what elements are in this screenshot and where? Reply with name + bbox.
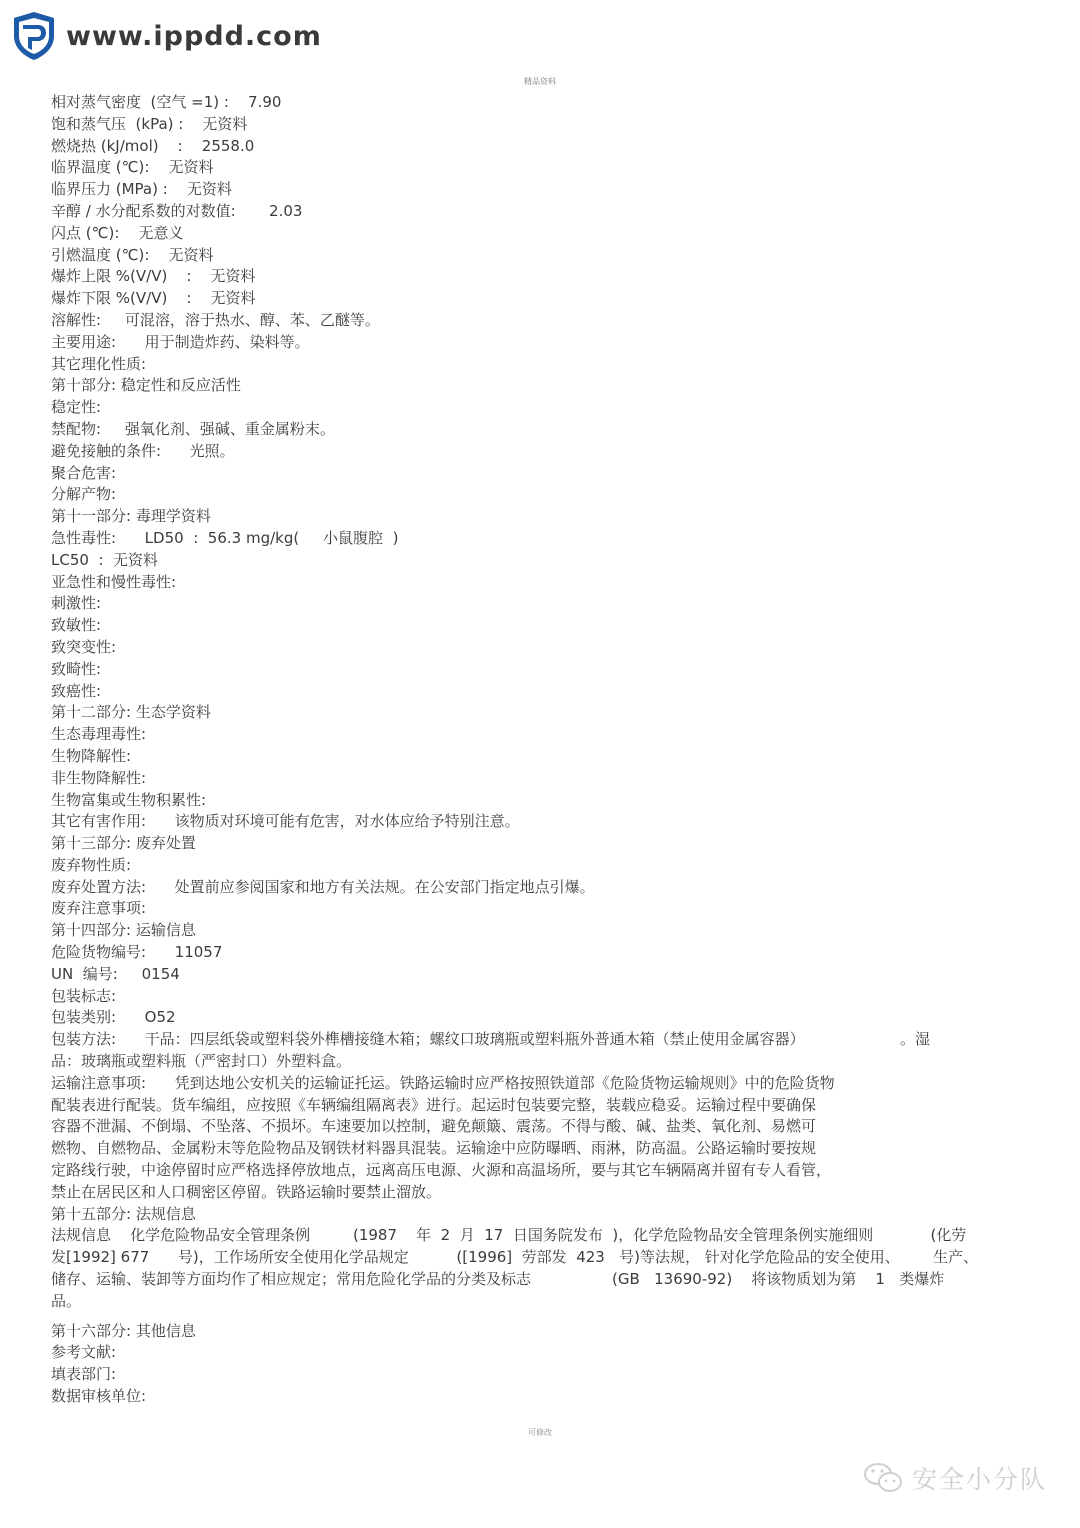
property-label: 稳定性: <box>51 398 101 416</box>
spacer <box>51 1313 1041 1321</box>
property-value: 无资料 <box>211 289 256 307</box>
property-label: 第十三部分: <box>51 834 136 852</box>
property-label: 致敏性: <box>51 616 101 634</box>
property-value: 无意义 <box>138 224 183 242</box>
property-label: 溶解性: <box>51 311 125 329</box>
property-label: 相对蒸气密度 (空气 =1) : <box>51 93 248 111</box>
other-info-references: 参考文献: <box>51 1342 1041 1364</box>
page-header-label: 精品资料 <box>0 76 1080 87</box>
property-line: 引燃温度 (℃): 无资料 <box>51 245 1041 267</box>
property-line: 相对蒸气密度 (空气 =1) : 7.90 <box>51 92 1041 114</box>
property-label: 第十部分: <box>51 376 121 394</box>
property-label: 包装标志: <box>51 987 116 1005</box>
property-line: 溶解性: 可混溶，溶于热水、醇、苯、乙醚等。 <box>51 310 1041 332</box>
property-value: 可混溶，溶于热水、醇、苯、乙醚等。 <box>125 311 380 329</box>
property-value: 无资料 <box>187 180 232 198</box>
property-line: 临界压力 (MPa) : 无资料 <box>51 179 1041 201</box>
property-label: 第十四部分: <box>51 921 136 939</box>
shield-p-logo-icon <box>10 10 58 62</box>
property-label: 致癌性: <box>51 682 101 700</box>
packaging-method-line-2: 品：玻璃瓶或塑料瓶（严密封口）外塑料盒。 <box>51 1051 1041 1073</box>
property-label: 临界温度 (℃): <box>51 158 168 176</box>
property-label: 燃烧热 (kJ/mol) : <box>51 137 202 155</box>
property-line: 聚合危害: <box>51 463 1041 485</box>
property-lines: 相对蒸气密度 (空气 =1) : 7.90饱和蒸气压 (kPa) : 无资料燃烧… <box>51 92 1041 1029</box>
property-label: 生物降解性: <box>51 747 131 765</box>
property-label: LC50 : <box>51 551 113 569</box>
property-label: 第十一部分: <box>51 507 136 525</box>
property-label: 聚合危害: <box>51 464 116 482</box>
property-value: 0154 <box>142 965 180 983</box>
property-label: 非生物降解性: <box>51 769 146 787</box>
watermark-text: 安全小分队 <box>912 1460 1047 1496</box>
property-label: 急性毒性: <box>51 529 145 547</box>
property-line: 稳定性: <box>51 397 1041 419</box>
property-label: 亚急性和慢性毒性: <box>51 573 176 591</box>
property-line: 临界温度 (℃): 无资料 <box>51 157 1041 179</box>
property-label: 第十二部分: <box>51 703 136 721</box>
property-value: 光照。 <box>190 442 235 460</box>
other-info-reviewer: 数据审核单位: <box>51 1386 1041 1408</box>
property-value: 该物质对环境可能有危害，对水体应给予特别注意。 <box>175 812 520 830</box>
property-line: 第十部分: 稳定性和反应活性 <box>51 375 1041 397</box>
property-value: 处置前应参阅国家和地方有关法规。在公安部门指定地点引爆。 <box>175 878 595 896</box>
property-label: 闪点 (℃): <box>51 224 138 242</box>
property-label: 爆炸上限 %(V/V) : <box>51 267 211 285</box>
site-logo[interactable]: www.ippdd.com <box>10 10 322 62</box>
property-label: 致突变性: <box>51 638 116 656</box>
property-value: 11057 <box>175 943 223 961</box>
wechat-watermark: 安全小分队 <box>862 1460 1047 1496</box>
property-label: 辛醇 / 水分配系数的对数值: <box>51 202 269 220</box>
property-line: UN 编号: 0154 <box>51 964 1041 986</box>
property-line: 闪点 (℃): 无意义 <box>51 223 1041 245</box>
property-line: 第十三部分: 废弃处置 <box>51 833 1041 855</box>
property-label: 废弃物性质: <box>51 856 131 874</box>
property-value: 7.90 <box>248 93 281 111</box>
regulations-line: 储存、运输、装卸等方面均作了相应规定；常用危险化学品的分类及标志 (GB 136… <box>51 1269 1041 1291</box>
property-label: 引燃温度 (℃): <box>51 246 168 264</box>
property-value: 无资料 <box>211 267 256 285</box>
property-label: 禁配物: <box>51 420 125 438</box>
property-line: LC50 : 无资料 <box>51 550 1041 572</box>
property-value: 毒理学资料 <box>136 507 211 525</box>
property-line: 生态毒理毒性: <box>51 724 1041 746</box>
property-label: 废弃处置方法: <box>51 878 175 896</box>
transport-notes-line: 配装表进行配装。货车编组，应按照《车辆编组隔离表》进行。起运时包装要完整，装载应… <box>51 1095 1041 1117</box>
property-line: 非生物降解性: <box>51 768 1041 790</box>
transport-notes-line: 禁止在居民区和人口稠密区停留。铁路运输时要禁止溜放。 <box>51 1182 1041 1204</box>
section-16-title: 第十六部分: 其他信息 <box>51 1321 1041 1343</box>
property-label: 其它有害作用: <box>51 812 175 830</box>
section-15-title: 第十五部分: 法规信息 <box>51 1204 1041 1226</box>
property-line: 致敏性: <box>51 615 1041 637</box>
property-value: 无资料 <box>113 551 158 569</box>
property-line: 刺激性: <box>51 593 1041 615</box>
transport-notes-label: 运输注意事项: <box>51 1074 175 1092</box>
property-value: 废弃处置 <box>136 834 196 852</box>
wechat-icon <box>862 1460 906 1496</box>
property-line: 生物富集或生物积累性: <box>51 790 1041 812</box>
property-value: LD50 : 56.3 mg/kg( 小鼠腹腔 ) <box>145 529 399 547</box>
property-value: 运输信息 <box>136 921 196 939</box>
property-line: 包装标志: <box>51 986 1041 1008</box>
property-label: 避免接触的条件: <box>51 442 190 460</box>
property-line: 废弃注意事项: <box>51 898 1041 920</box>
property-line: 亚急性和慢性毒性: <box>51 572 1041 594</box>
property-line: 第十一部分: 毒理学资料 <box>51 506 1041 528</box>
property-line: 饱和蒸气压 (kPa) : 无资料 <box>51 114 1041 136</box>
site-logo-text: www.ippdd.com <box>66 21 322 52</box>
property-label: 包装类别: <box>51 1008 145 1026</box>
property-label: 其它理化性质: <box>51 355 146 373</box>
packaging-method-line-1: 包装方法: 干品：四层纸袋或塑料袋外榫槽接缝木箱；螺纹口玻璃瓶或塑料瓶外普通木箱… <box>51 1029 1041 1051</box>
property-line: 辛醇 / 水分配系数的对数值: 2.03 <box>51 201 1041 223</box>
regulations-line: 品。 <box>51 1291 1041 1313</box>
property-value: 无资料 <box>202 115 247 133</box>
property-line: 包装类别: O52 <box>51 1007 1041 1029</box>
property-line: 禁配物: 强氧化剂、强碱、重金属粉末。 <box>51 419 1041 441</box>
property-value: 稳定性和反应活性 <box>121 376 241 394</box>
property-label: 生态毒理毒性: <box>51 725 146 743</box>
packaging-method-label: 包装方法: <box>51 1030 145 1048</box>
regulations-line: 法规信息 化学危险物品安全管理条例 (1987 年 2 月 17 日国务院发布 … <box>51 1225 1041 1247</box>
transport-notes-line: 容器不泄漏、不倒塌、不坠落、不损坏。车速要加以控制，避免颠簸、震荡。不得与酸、碱… <box>51 1116 1041 1138</box>
packaging-method-text-1: 干品：四层纸袋或塑料袋外榫槽接缝木箱；螺纹口玻璃瓶或塑料瓶外普通木箱（禁止使用金… <box>145 1030 930 1048</box>
property-label: 致畸性: <box>51 660 101 678</box>
property-line: 避免接触的条件: 光照。 <box>51 441 1041 463</box>
property-line: 急性毒性: LD50 : 56.3 mg/kg( 小鼠腹腔 ) <box>51 528 1041 550</box>
transport-notes-text: 凭到达地公安机关的运输证托运。铁路运输时应严格按照铁道部《危险货物运输规则》中的… <box>175 1074 835 1092</box>
property-line: 第十二部分: 生态学资料 <box>51 702 1041 724</box>
property-label: 主要用途: <box>51 333 145 351</box>
property-line: 主要用途: 用于制造炸药、染料等。 <box>51 332 1041 354</box>
property-value: 强氧化剂、强碱、重金属粉末。 <box>125 420 335 438</box>
property-label: UN 编号: <box>51 965 142 983</box>
transport-notes-line-1: 运输注意事项: 凭到达地公安机关的运输证托运。铁路运输时应严格按照铁道部《危险货… <box>51 1073 1041 1095</box>
property-line: 废弃处置方法: 处置前应参阅国家和地方有关法规。在公安部门指定地点引爆。 <box>51 877 1041 899</box>
property-label: 刺激性: <box>51 594 101 612</box>
msds-document-body: 相对蒸气密度 (空气 =1) : 7.90饱和蒸气压 (kPa) : 无资料燃烧… <box>51 92 1041 1408</box>
property-value: 2558.0 <box>202 137 255 155</box>
property-label: 生物富集或生物积累性: <box>51 791 206 809</box>
property-line: 其它理化性质: <box>51 354 1041 376</box>
regulations-line: 发[1992] 677 号)，工作场所安全使用化学品规定 ([1996] 劳部发… <box>51 1247 1041 1269</box>
property-value: 无资料 <box>168 158 213 176</box>
property-line: 燃烧热 (kJ/mol) : 2558.0 <box>51 136 1041 158</box>
property-line: 爆炸下限 %(V/V) : 无资料 <box>51 288 1041 310</box>
page-footer-label: 可修改 <box>0 1427 1080 1438</box>
transport-notes-line: 燃物、自燃物品、金属粉末等危险物品及钢铁材料器具混装。运输途中应防曝晒、雨淋，防… <box>51 1138 1041 1160</box>
property-value: O52 <box>145 1008 176 1026</box>
property-line: 危险货物编号: 11057 <box>51 942 1041 964</box>
property-label: 分解产物: <box>51 485 116 503</box>
property-value: 用于制造炸药、染料等。 <box>145 333 310 351</box>
property-line: 废弃物性质: <box>51 855 1041 877</box>
property-label: 饱和蒸气压 (kPa) : <box>51 115 202 133</box>
property-line: 第十四部分: 运输信息 <box>51 920 1041 942</box>
property-value: 无资料 <box>168 246 213 264</box>
property-line: 致癌性: <box>51 681 1041 703</box>
property-label: 爆炸下限 %(V/V) : <box>51 289 211 307</box>
property-value: 2.03 <box>269 202 302 220</box>
property-label: 废弃注意事项: <box>51 899 146 917</box>
property-label: 临界压力 (MPa) : <box>51 180 187 198</box>
property-line: 致突变性: <box>51 637 1041 659</box>
transport-notes-line: 定路线行驶，中途停留时应严格选择停放地点，远离高压电源、火源和高温场所，要与其它… <box>51 1160 1041 1182</box>
property-label: 危险货物编号: <box>51 943 175 961</box>
other-info-filled-by: 填表部门: <box>51 1364 1041 1386</box>
property-line: 分解产物: <box>51 484 1041 506</box>
property-line: 爆炸上限 %(V/V) : 无资料 <box>51 266 1041 288</box>
property-line: 生物降解性: <box>51 746 1041 768</box>
property-value: 生态学资料 <box>136 703 211 721</box>
property-line: 致畸性: <box>51 659 1041 681</box>
property-line: 其它有害作用: 该物质对环境可能有危害，对水体应给予特别注意。 <box>51 811 1041 833</box>
